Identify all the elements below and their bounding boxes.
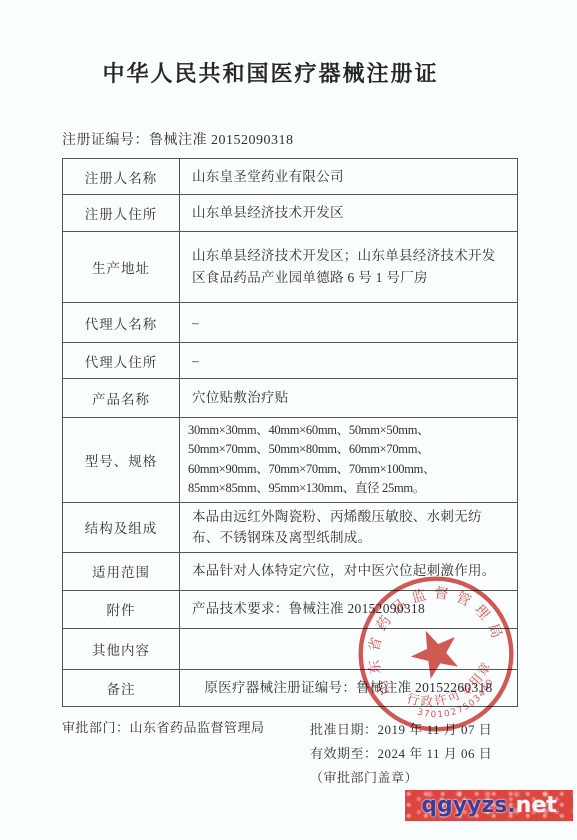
registration-number-value: 鲁械注准 20152090318 (149, 133, 294, 148)
table-row: 生产地址 山东单县经济技术开发区；山东单县经济技术开发区食品药品产业园单德路 6… (63, 232, 518, 303)
approval-department: 审批部门：山东省药品监督管理局 (62, 718, 310, 790)
row-label: 代理人住所 (63, 343, 180, 379)
row-value: – (180, 303, 518, 343)
row-label: 注册人名称 (63, 159, 180, 195)
row-label: 其他内容 (63, 628, 180, 669)
row-value: 山东单县经济技术开发区；山东单县经济技术开发区食品药品产业园单德路 6 号 1 … (180, 232, 518, 303)
approval-dates: 批准日期：2019 年 11 月 07 日 有效期至：2024 年 11 月 0… (310, 718, 518, 790)
table-row: 备注 原医疗器械注册证编号：鲁械注准 20152260318 (63, 669, 518, 706)
certificate-page: 中华人民共和国医疗器械注册证 注册证编号：鲁械注准 20152090318 注册… (0, 0, 577, 840)
row-value: 本品针对人体特定穴位，对中医穴位起刺激作用。 (180, 552, 518, 590)
table-row: 其他内容 (63, 628, 518, 669)
table-row: 产品名称 穴位贴敷治疗贴 (63, 379, 518, 418)
page-title: 中华人民共和国医疗器械注册证 (0, 0, 577, 88)
row-label: 型号、规格 (63, 418, 180, 503)
row-label: 生产地址 (63, 232, 180, 303)
row-label: 产品名称 (63, 379, 180, 418)
row-value: 30mm×30mm、40mm×60mm、50mm×50mm、50mm×70mm、… (180, 418, 518, 503)
table-row: 注册人住所 山东单县经济技术开发区 (63, 195, 518, 232)
valid-until-date: 有效期至：2024 年 11 月 06 日 (310, 742, 518, 766)
row-value (180, 628, 518, 669)
row-value: 原医疗器械注册证编号：鲁械注准 20152260318 (180, 669, 518, 706)
approval-date: 批准日期：2019 年 11 月 07 日 (310, 718, 518, 742)
row-label: 附件 (63, 590, 180, 628)
row-value: 产品技术要求：鲁械注准 20152090318 (180, 590, 518, 628)
registration-number-line: 注册证编号：鲁械注准 20152090318 (62, 129, 577, 149)
row-value: 山东皇圣堂药业有限公司 (180, 159, 518, 195)
seal-note: （审批部门盖章） (310, 766, 518, 790)
row-label: 代理人名称 (63, 303, 180, 343)
row-label: 适用范围 (63, 552, 180, 590)
table-row: 附件 产品技术要求：鲁械注准 20152090318 (63, 590, 518, 628)
approval-footer: 审批部门：山东省药品监督管理局 批准日期：2019 年 11 月 07 日 有效… (62, 718, 518, 790)
table-row: 结构及组成 本品由远红外陶瓷粉、丙烯酸压敏胶、水刺无纺布、不锈钢珠及离型纸制成。 (63, 502, 518, 552)
table-row: 适用范围 本品针对人体特定穴位，对中医穴位起刺激作用。 (63, 552, 518, 590)
certificate-table: 注册人名称 山东皇圣堂药业有限公司 注册人住所 山东单县经济技术开发区 生产地址… (62, 158, 518, 707)
row-label: 结构及组成 (63, 502, 180, 552)
table-row: 代理人名称 – (63, 303, 518, 343)
row-label: 备注 (63, 669, 180, 706)
watermark-text-secondary: net (516, 790, 557, 821)
site-watermark: qgyyzs.net (405, 790, 573, 821)
row-label: 注册人住所 (63, 195, 180, 232)
table-row: 注册人名称 山东皇圣堂药业有限公司 (63, 159, 518, 195)
row-value: 穴位贴敷治疗贴 (180, 379, 518, 418)
table-row: 代理人住所 – (63, 343, 518, 379)
table-row: 型号、规格 30mm×30mm、40mm×60mm、50mm×50mm、50mm… (63, 418, 518, 503)
row-value: – (180, 343, 518, 379)
registration-number-label: 注册证编号： (62, 133, 149, 148)
row-value: 山东单县经济技术开发区 (180, 195, 518, 232)
watermark-text-primary: qgyyzs. (421, 790, 515, 821)
row-value: 本品由远红外陶瓷粉、丙烯酸压敏胶、水刺无纺布、不锈钢珠及离型纸制成。 (180, 502, 518, 552)
